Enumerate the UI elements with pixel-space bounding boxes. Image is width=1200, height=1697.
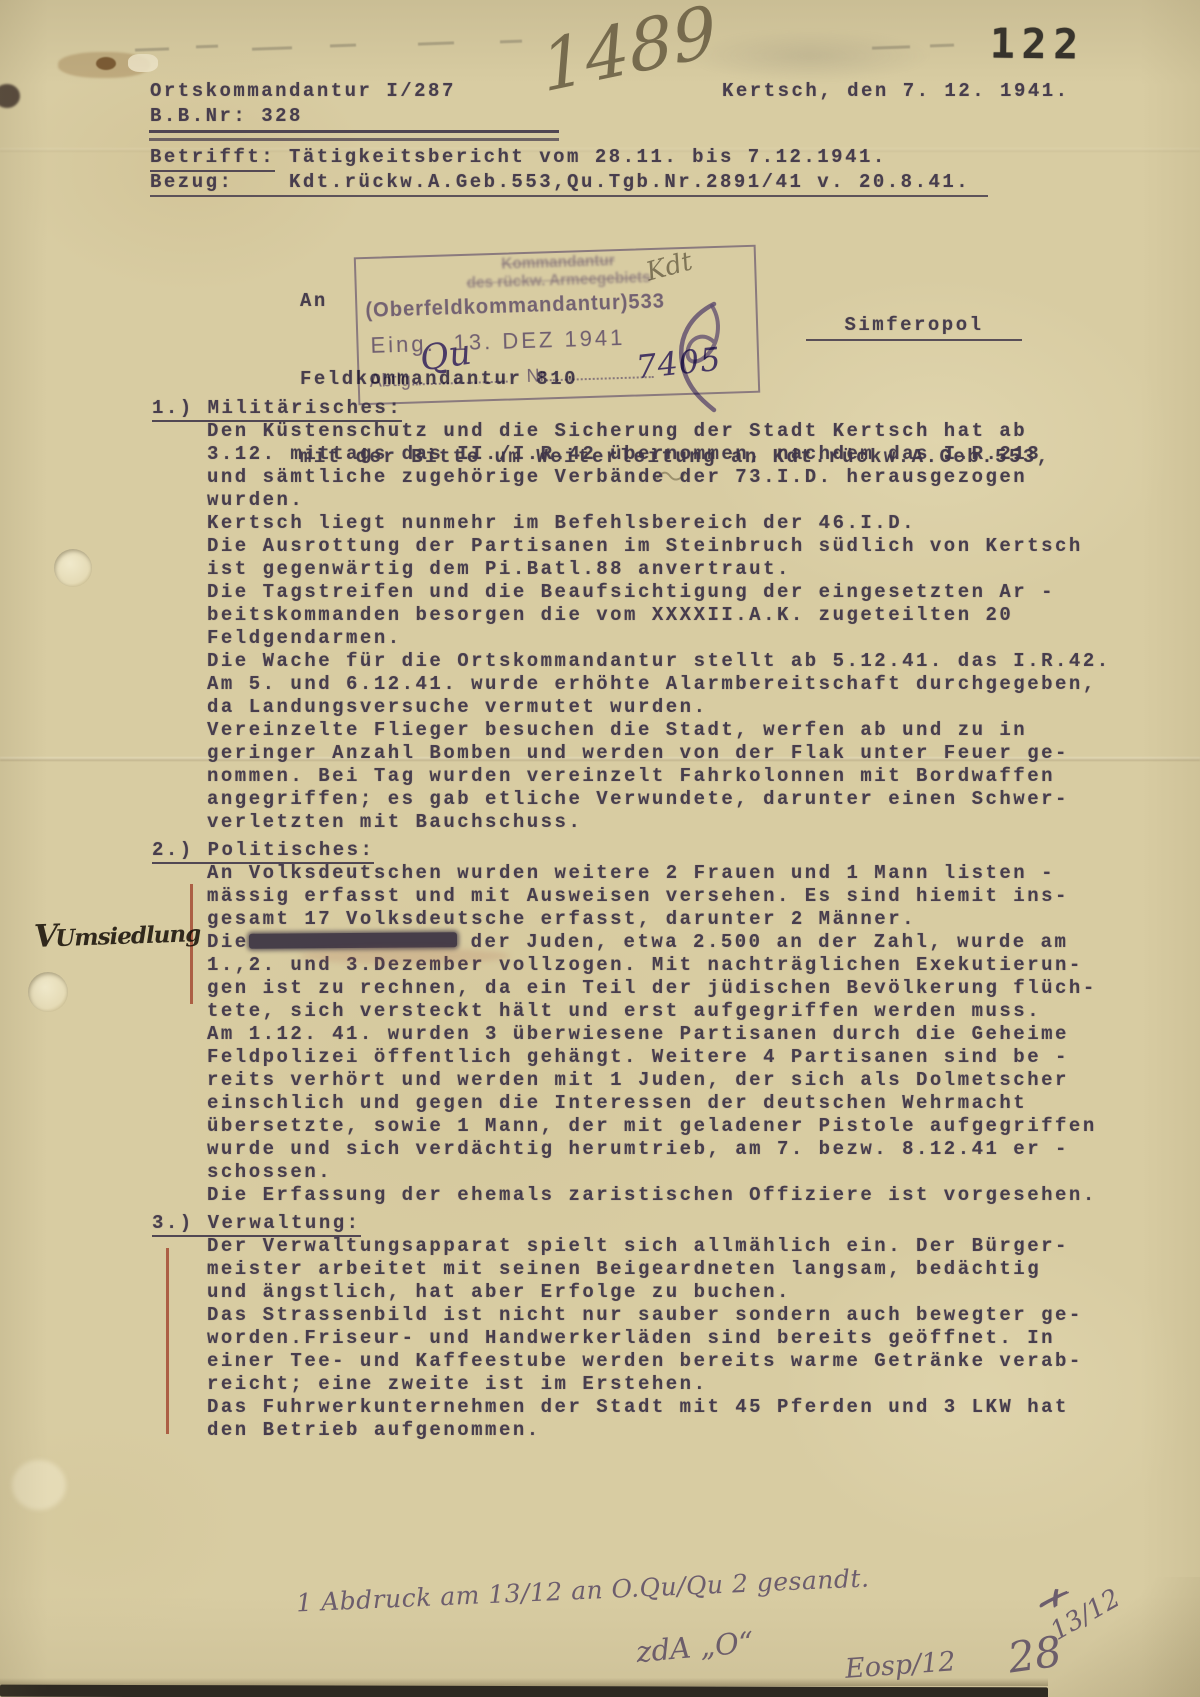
bezug-line: Bezug: Kdt.rückw.A.Geb.553,Qu.Tgb.Nr.289… (150, 171, 988, 197)
report-line: reits verhört und werden mit 1 Juden, de… (152, 1069, 1162, 1092)
bezug-text: Kdt.rückw.A.Geb.553,Qu.Tgb.Nr.2891/41 v.… (289, 171, 970, 194)
stamp-eing-date: 13. DEZ 1941 (453, 325, 625, 355)
report-line: und ängstlich, hat aber Erfolge zu buche… (152, 1281, 1162, 1304)
report-line: da Landungsversuche vermutet wurden. (152, 696, 1162, 719)
report-line: und sämtliche zugehörige Verbände der 73… (152, 466, 1162, 489)
report-line: worden.Friseur- und Handwerkerläden sind… (152, 1327, 1162, 1350)
pencil-dash (196, 45, 218, 48)
report-line: Am 5. und 6.12.41. wurde erhöhte Alarmbe… (152, 673, 1162, 696)
report-line: angegriffen; es gab etliche Verwundete, … (152, 788, 1162, 811)
header-double-rule (149, 130, 559, 141)
redaction-smudge (249, 932, 457, 948)
section-heading: 2.) Politisches: (152, 839, 1162, 862)
report-line: Die Erfassung der ehemals zaristischen O… (152, 1184, 1162, 1207)
report-section: 1.) Militärisches:Den Küstenschutz und d… (152, 397, 1162, 834)
punch-hole-top (54, 549, 92, 587)
pencil-dash (930, 44, 954, 47)
red-smear (300, 948, 510, 964)
section-heading: 3.) Verwaltung: (152, 1212, 1162, 1235)
stamp-dept-handwritten: Qu (417, 333, 473, 380)
stamp-dept-line: Abtlg. Nr. (369, 362, 654, 392)
sender-unit: Ortskommandantur I/287 (150, 80, 456, 103)
report-line: einer Tee- und Kaffeestube werden bereit… (152, 1350, 1162, 1373)
page-number-stamp: 122 (990, 20, 1086, 69)
report-line: schossen. (152, 1161, 1162, 1184)
section-heading-text: 1.) Militärisches: (152, 397, 402, 422)
betrifft-text: Tätigkeitsbericht vom 28.11. bis 7.12.19… (289, 146, 887, 169)
bezug-label: Bezug: (150, 171, 233, 194)
report-line: Die der Juden, etwa 2.500 an der Zahl, w… (152, 931, 1162, 954)
report-section: 3.) Verwaltung:Der Verwaltungsapparat sp… (152, 1212, 1162, 1442)
report-line: beitskommanden besorgen die vom XXXXII.A… (152, 604, 1162, 627)
betrifft-line: Betrifft: Tätigkeitsbericht vom 28.11. b… (150, 146, 910, 169)
red-margin-line-2 (166, 1248, 169, 1434)
report-line: Die Ausrottung der Partisanen im Steinbr… (152, 535, 1162, 558)
report-line: Am 1.12. 41. wurden 3 überwiesene Partis… (152, 1023, 1162, 1046)
report-line: meister arbeitet mit seinen Beigeardnete… (152, 1258, 1162, 1281)
report-line: ist gegenwärtig dem Pi.Batl.88 anvertrau… (152, 558, 1162, 581)
address-simferopol: Simferopol (806, 314, 1022, 341)
report-line: Feldgendarmen. (152, 627, 1162, 650)
pencil-dash (418, 41, 454, 45)
betrifft-label: Betrifft: (150, 146, 275, 172)
report-line: tete, sich versteckt hält und erst aufge… (152, 1000, 1162, 1023)
pencil-dash (500, 40, 522, 43)
report-line: Den Küstenschutz und die Sicherung der S… (152, 420, 1162, 443)
report-line: reicht; eine zweite ist im Erstehen. (152, 1373, 1162, 1396)
report-line: Die Wache für die Ortskommandantur stell… (152, 650, 1162, 673)
report-line: 3.12. mittags das II./I.R.42 übernommen,… (152, 443, 1162, 466)
report-line: den Betrieb aufgenommen. (152, 1419, 1162, 1442)
report-line: übersetzte, sowie 1 Mann, der mit gelade… (152, 1115, 1162, 1138)
report-line: gen ist zu rechnen, da ein Teil der jüdi… (152, 977, 1162, 1000)
report-line: An Volksdeutschen wurden weitere 2 Fraue… (152, 862, 1162, 885)
report-line: wurden. (152, 489, 1162, 512)
report-section: 2.) Politisches:An Volksdeutschen wurden… (152, 839, 1162, 1207)
pencil-dash (252, 46, 292, 50)
section-heading: 1.) Militärisches: (152, 397, 1162, 420)
report-line: Vereinzelte Flieger besuchen die Stadt, … (152, 719, 1162, 742)
report-line: Das Strassenbild ist nicht nur sauber so… (152, 1304, 1162, 1327)
section-heading-text: 3.) Verwaltung: (152, 1212, 361, 1237)
stamp-abtlg-label: Abtlg. (369, 369, 416, 390)
edge-mark (0, 84, 20, 108)
erased-pencil-writing (690, 30, 930, 82)
bottom-number: 28 (1005, 1627, 1065, 1683)
redaction-pre: Die (207, 931, 249, 953)
punch-hole-bottom (28, 972, 68, 1012)
pencil-dash (330, 44, 356, 47)
bottom-forwarding-note: 1 Abdruck am 13/12 an O.Qu/Qu 2 gesandt. (296, 1564, 870, 1618)
report-line: Der Verwaltungsapparat spielt sich allmä… (152, 1235, 1162, 1258)
stamp-received-line: Eing.13. DEZ 1941 (370, 325, 626, 359)
report-body: 1.) Militärisches:Den Küstenschutz und d… (152, 397, 1162, 1442)
bottom-zda-note: zdA „O“ (635, 1625, 755, 1669)
report-line: Das Fuhrwerkunternehmen der Stadt mit 45… (152, 1396, 1162, 1419)
photo-bottom-edge (0, 1685, 1048, 1697)
margin-note: VUmsiedlung (33, 913, 200, 955)
stamp-unit-line: (Oberfeldkommandantur)533 (365, 290, 665, 323)
pencil-dash (135, 47, 169, 51)
report-line: geringer Anzahl Bomben und werden von de… (152, 742, 1162, 765)
place-date-line: Kertsch, den 7. 12. 1941. (722, 80, 1070, 103)
stamp-nr-label: Nr. (526, 365, 550, 386)
section-heading-text: 2.) Politisches: (152, 839, 374, 864)
report-line: wurde und sich verdächtig herumtrieb, am… (152, 1138, 1162, 1161)
report-line: gesamt 17 Volksdeutsche erfasst, darunte… (152, 908, 1162, 931)
sender-ref-number: B.B.Nr: 328 (150, 105, 303, 128)
dark-stain-spot (96, 57, 116, 70)
document-page: 122 1489 Ortskommandantur I/287 B.B.Nr: … (0, 0, 1200, 1697)
report-line: mässig erfasst und mit Ausweisen versehe… (152, 885, 1162, 908)
tape-residue-stain (58, 52, 150, 78)
report-line: nommen. Bei Tag wurden vereinzelt Fahrko… (152, 765, 1162, 788)
pencil-page-number: 1489 (538, 0, 721, 109)
report-line: einschlich und gegen die Interessen der … (152, 1092, 1162, 1115)
paper-chip (128, 54, 158, 72)
redaction-post: der Juden, etwa 2.500 an der Zahl, wurde… (457, 931, 1069, 953)
report-line: verletzten mit Bauchschuss. (152, 811, 1162, 834)
margin-note-text: Umsiedlung (55, 920, 201, 952)
report-line: Feldpolizei öffentlich gehängt. Weitere … (152, 1046, 1162, 1069)
pale-stain-bottom-left (12, 1460, 66, 1510)
report-line: Die Tagstreifen und die Beaufsichtigung … (152, 581, 1162, 604)
report-line: Kertsch liegt nunmehr im Befehlsbereich … (152, 512, 1162, 535)
